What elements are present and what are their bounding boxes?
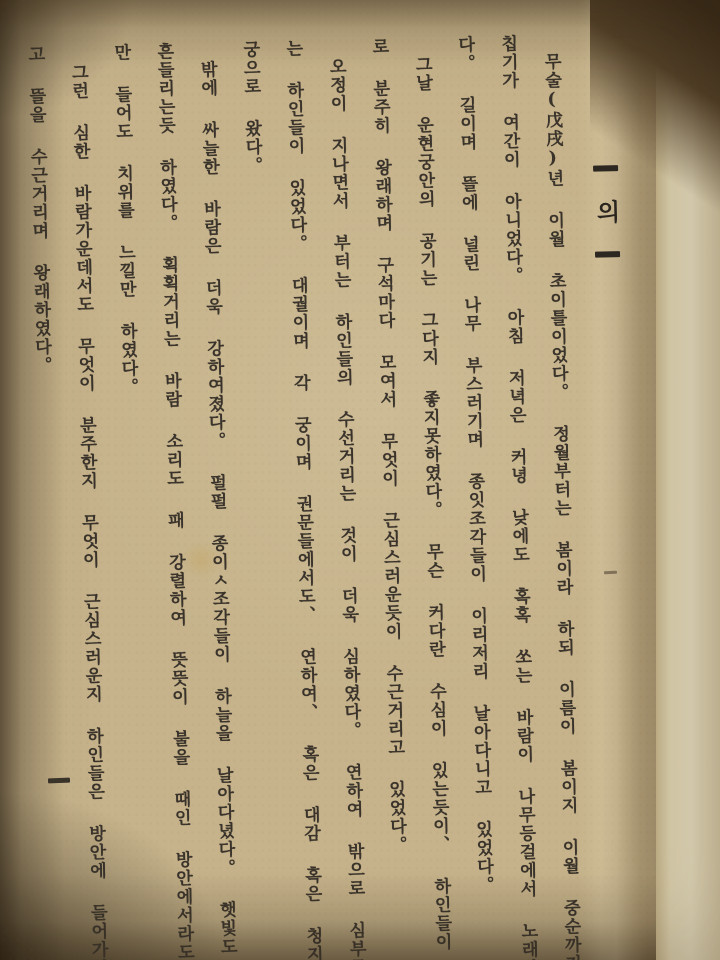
- text-column: 칩기가 여간이 아니었다。 아침 저녁은 커녕 낮에도 혹혹 쏘는 바람이 나무…: [495, 34, 540, 932]
- ideograph-one-top: [593, 165, 618, 172]
- stray-printed-dash: [604, 571, 617, 574]
- text-column: 그런 심한 바람가운데서도 무엇이 분주한지 무엇이 근심스러운지 하인들은 방…: [65, 44, 110, 942]
- chapter-title-middle: 의: [589, 199, 625, 224]
- text-column: 오정이 지나면서 부터는 하인들의 수선거리는 것이 더욱 심하였다。 연하여 …: [323, 38, 368, 936]
- text-column: 궁으로 왔다。: [237, 40, 282, 938]
- vertical-text-block: 의 무술(戊戌)년 이월 초이틀이었다。 정월부터는 봄이라 하되 이름이 봄이…: [4, 32, 642, 944]
- text-column: 는 하인들이 있었다。 대궐이며 각 궁이며 권문들에서도、 연하여、 혹은 대…: [280, 39, 325, 937]
- text-column: 흔들리는듯 하였다。 획획거리는 바람 소리도 패 강렬하여 뜻뜻이 불을 때인…: [151, 42, 196, 940]
- text-column: 고 뜰을 수근거리며 왕래하였다。: [22, 45, 67, 943]
- text-column: 로 분주히 왕래하며 구석마다 모여서 무엇이 근심스러운듯이 수근거리고 있었…: [366, 37, 411, 935]
- ideograph-one-bottom: [594, 251, 619, 258]
- text-column: 만 들어도 치위를 느낄만 하였다。: [108, 43, 153, 941]
- text-column: 무술(戊戌)년 이월 초이틀이었다。 정월부터는 봄이라 하되 이름이 봄이지 …: [538, 33, 583, 931]
- text-column: 다。 길이며 뜰에 널린 나무 부스러기며 종잇조각들이 이리저리 날아다니고 …: [452, 35, 497, 933]
- text-column: 밖에 싸늘한 바람은 더욱 강하여졌다。 펄펄 종이ㅅ조각들이 하늘을 날아다녔…: [194, 41, 239, 939]
- text-column: 그날 운현궁안의 공기는 그다지 좋지못하였다。 무슨 커다란 수심이 있는듯이…: [409, 36, 454, 934]
- page-number: [48, 778, 70, 784]
- book-photo: 의 무술(戊戌)년 이월 초이틀이었다。 정월부터는 봄이라 하되 이름이 봄이…: [0, 0, 720, 960]
